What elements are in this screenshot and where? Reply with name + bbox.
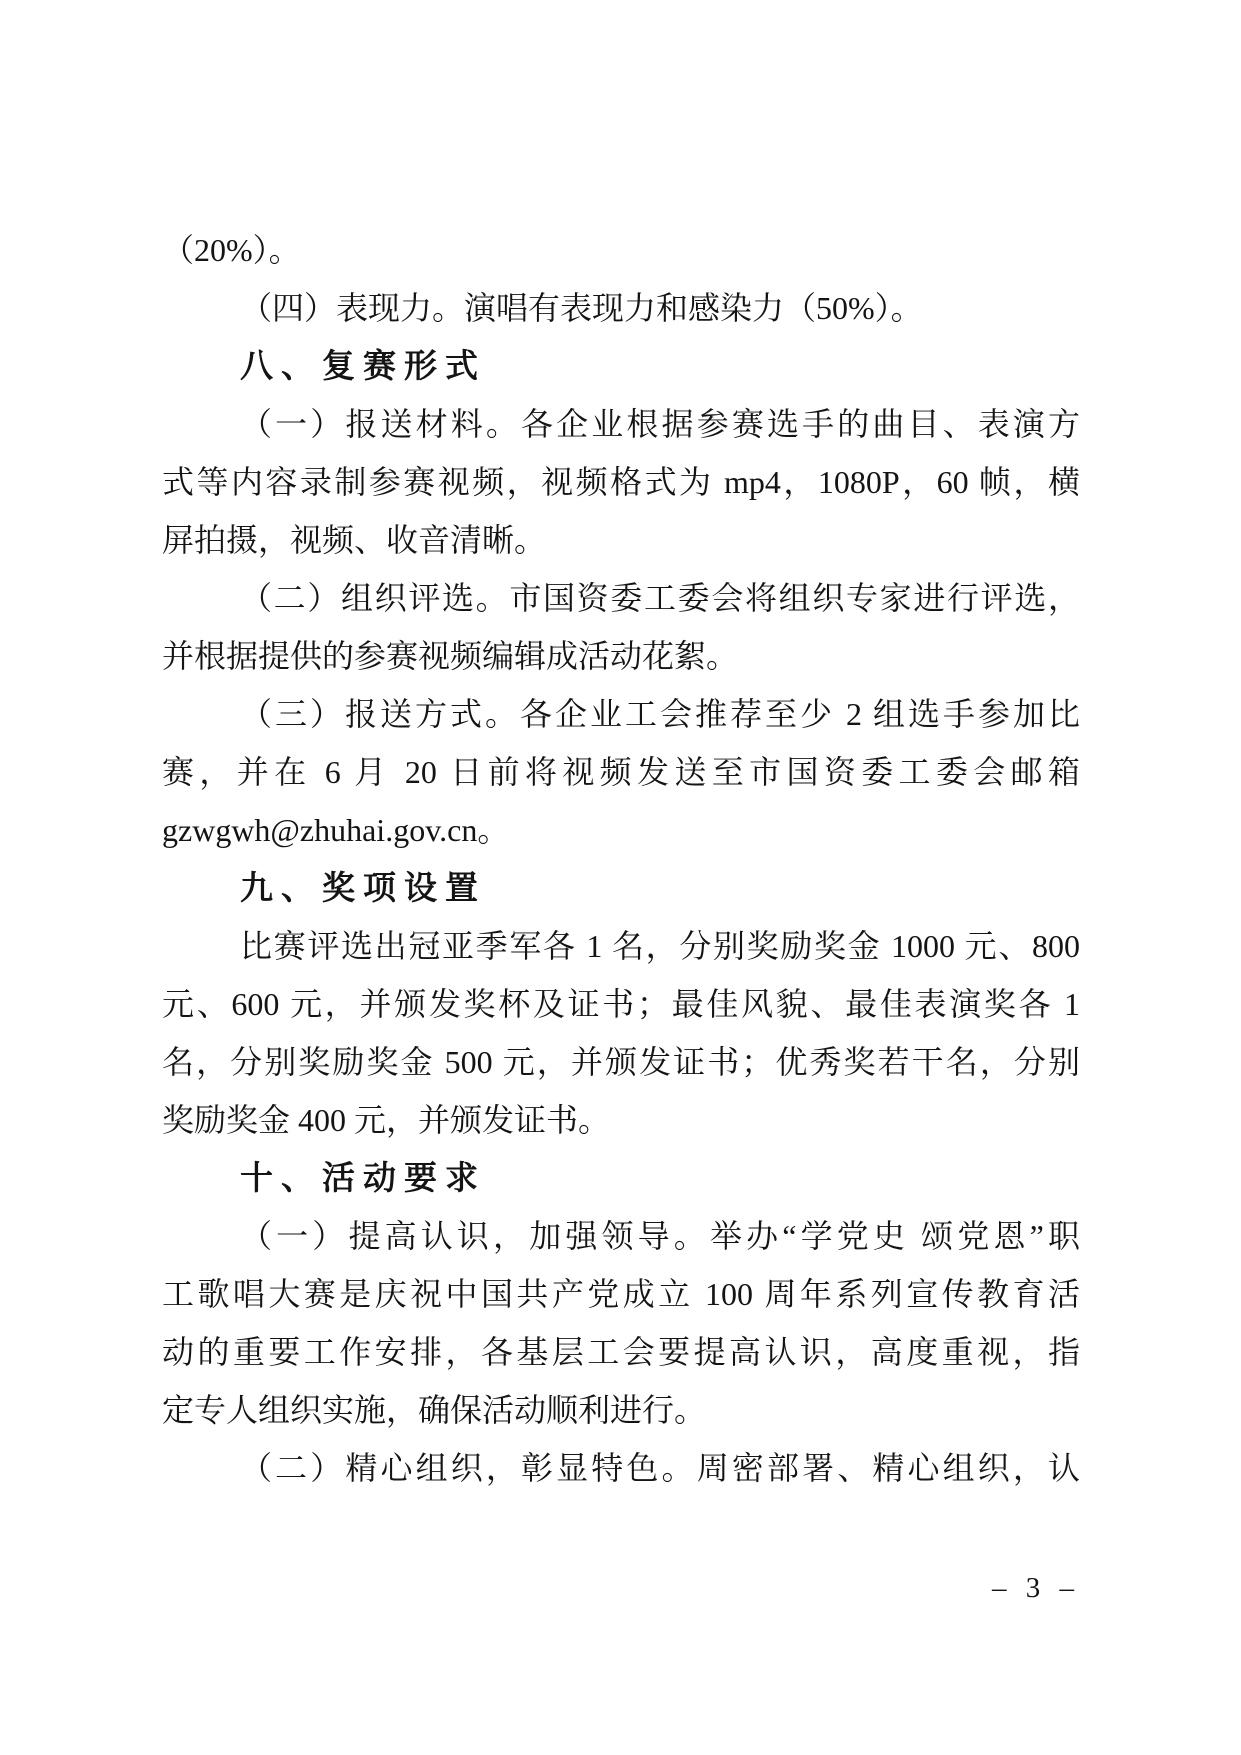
body-line-item-3: （三）报送方式。各企业工会推荐至少 2 组选手参加比 bbox=[162, 685, 1080, 743]
body-line: 动的重要工作安排，各基层工会要提高认识，高度重视，指 bbox=[162, 1323, 1080, 1381]
section-heading-9: 九、奖项设置 bbox=[162, 859, 1080, 917]
body-line-item-4: （四）表现力。演唱有表现力和感染力（50%）。 bbox=[162, 279, 1080, 337]
body-line: 工歌唱大赛是庆祝中国共产党成立 100 周年系列宣传教育活 bbox=[162, 1265, 1080, 1323]
body-line: 屏拍摄，视频、收音清晰。 bbox=[162, 511, 1080, 569]
document-page: （20%）。 （四）表现力。演唱有表现力和感染力（50%）。 八、复赛形式 （一… bbox=[0, 0, 1241, 1755]
body-line-email: gzwgwh@zhuhai.gov.cn。 bbox=[162, 801, 1080, 859]
body-line: 定专人组织实施，确保活动顺利进行。 bbox=[162, 1381, 1080, 1439]
document-body: （20%）。 （四）表现力。演唱有表现力和感染力（50%）。 八、复赛形式 （一… bbox=[162, 221, 1080, 1497]
body-line-item-1: （一）报送材料。各企业根据参赛选手的曲目、表演方 bbox=[162, 395, 1080, 453]
body-line: 名，分别奖励奖金 500 元，并颁发证书；优秀奖若干名，分别 bbox=[162, 1033, 1080, 1091]
body-line: 比赛评选出冠亚季军各 1 名，分别奖励奖金 1000 元、800 bbox=[162, 917, 1080, 975]
body-line: 元、600 元，并颁发奖杯及证书；最佳风貌、最佳表演奖各 1 bbox=[162, 975, 1080, 1033]
body-line-item-1: （一）提高认识，加强领导。举办“学党史 颂党恩”职 bbox=[162, 1207, 1080, 1265]
body-line: 并根据提供的参赛视频编辑成活动花絮。 bbox=[162, 627, 1080, 685]
body-line-item-2: （二）精心组织，彰显特色。周密部署、精心组织，认 bbox=[162, 1439, 1080, 1497]
body-line: 赛，并在 6 月 20 日前将视频发送至市国资委工委会邮箱 bbox=[162, 743, 1080, 801]
body-line: 式等内容录制参赛视频，视频格式为 mp4，1080P，60 帧，横 bbox=[162, 453, 1080, 511]
body-line-item-2: （二）组织评选。市国资委工委会将组织专家进行评选， bbox=[162, 569, 1080, 627]
body-line: 奖励奖金 400 元，并颁发证书。 bbox=[162, 1091, 1080, 1149]
section-heading-10: 十、活动要求 bbox=[162, 1149, 1080, 1207]
section-heading-8: 八、复赛形式 bbox=[162, 337, 1080, 395]
page-number: – 3 – bbox=[162, 1572, 1080, 1604]
body-line-continuation: （20%）。 bbox=[162, 221, 1080, 279]
